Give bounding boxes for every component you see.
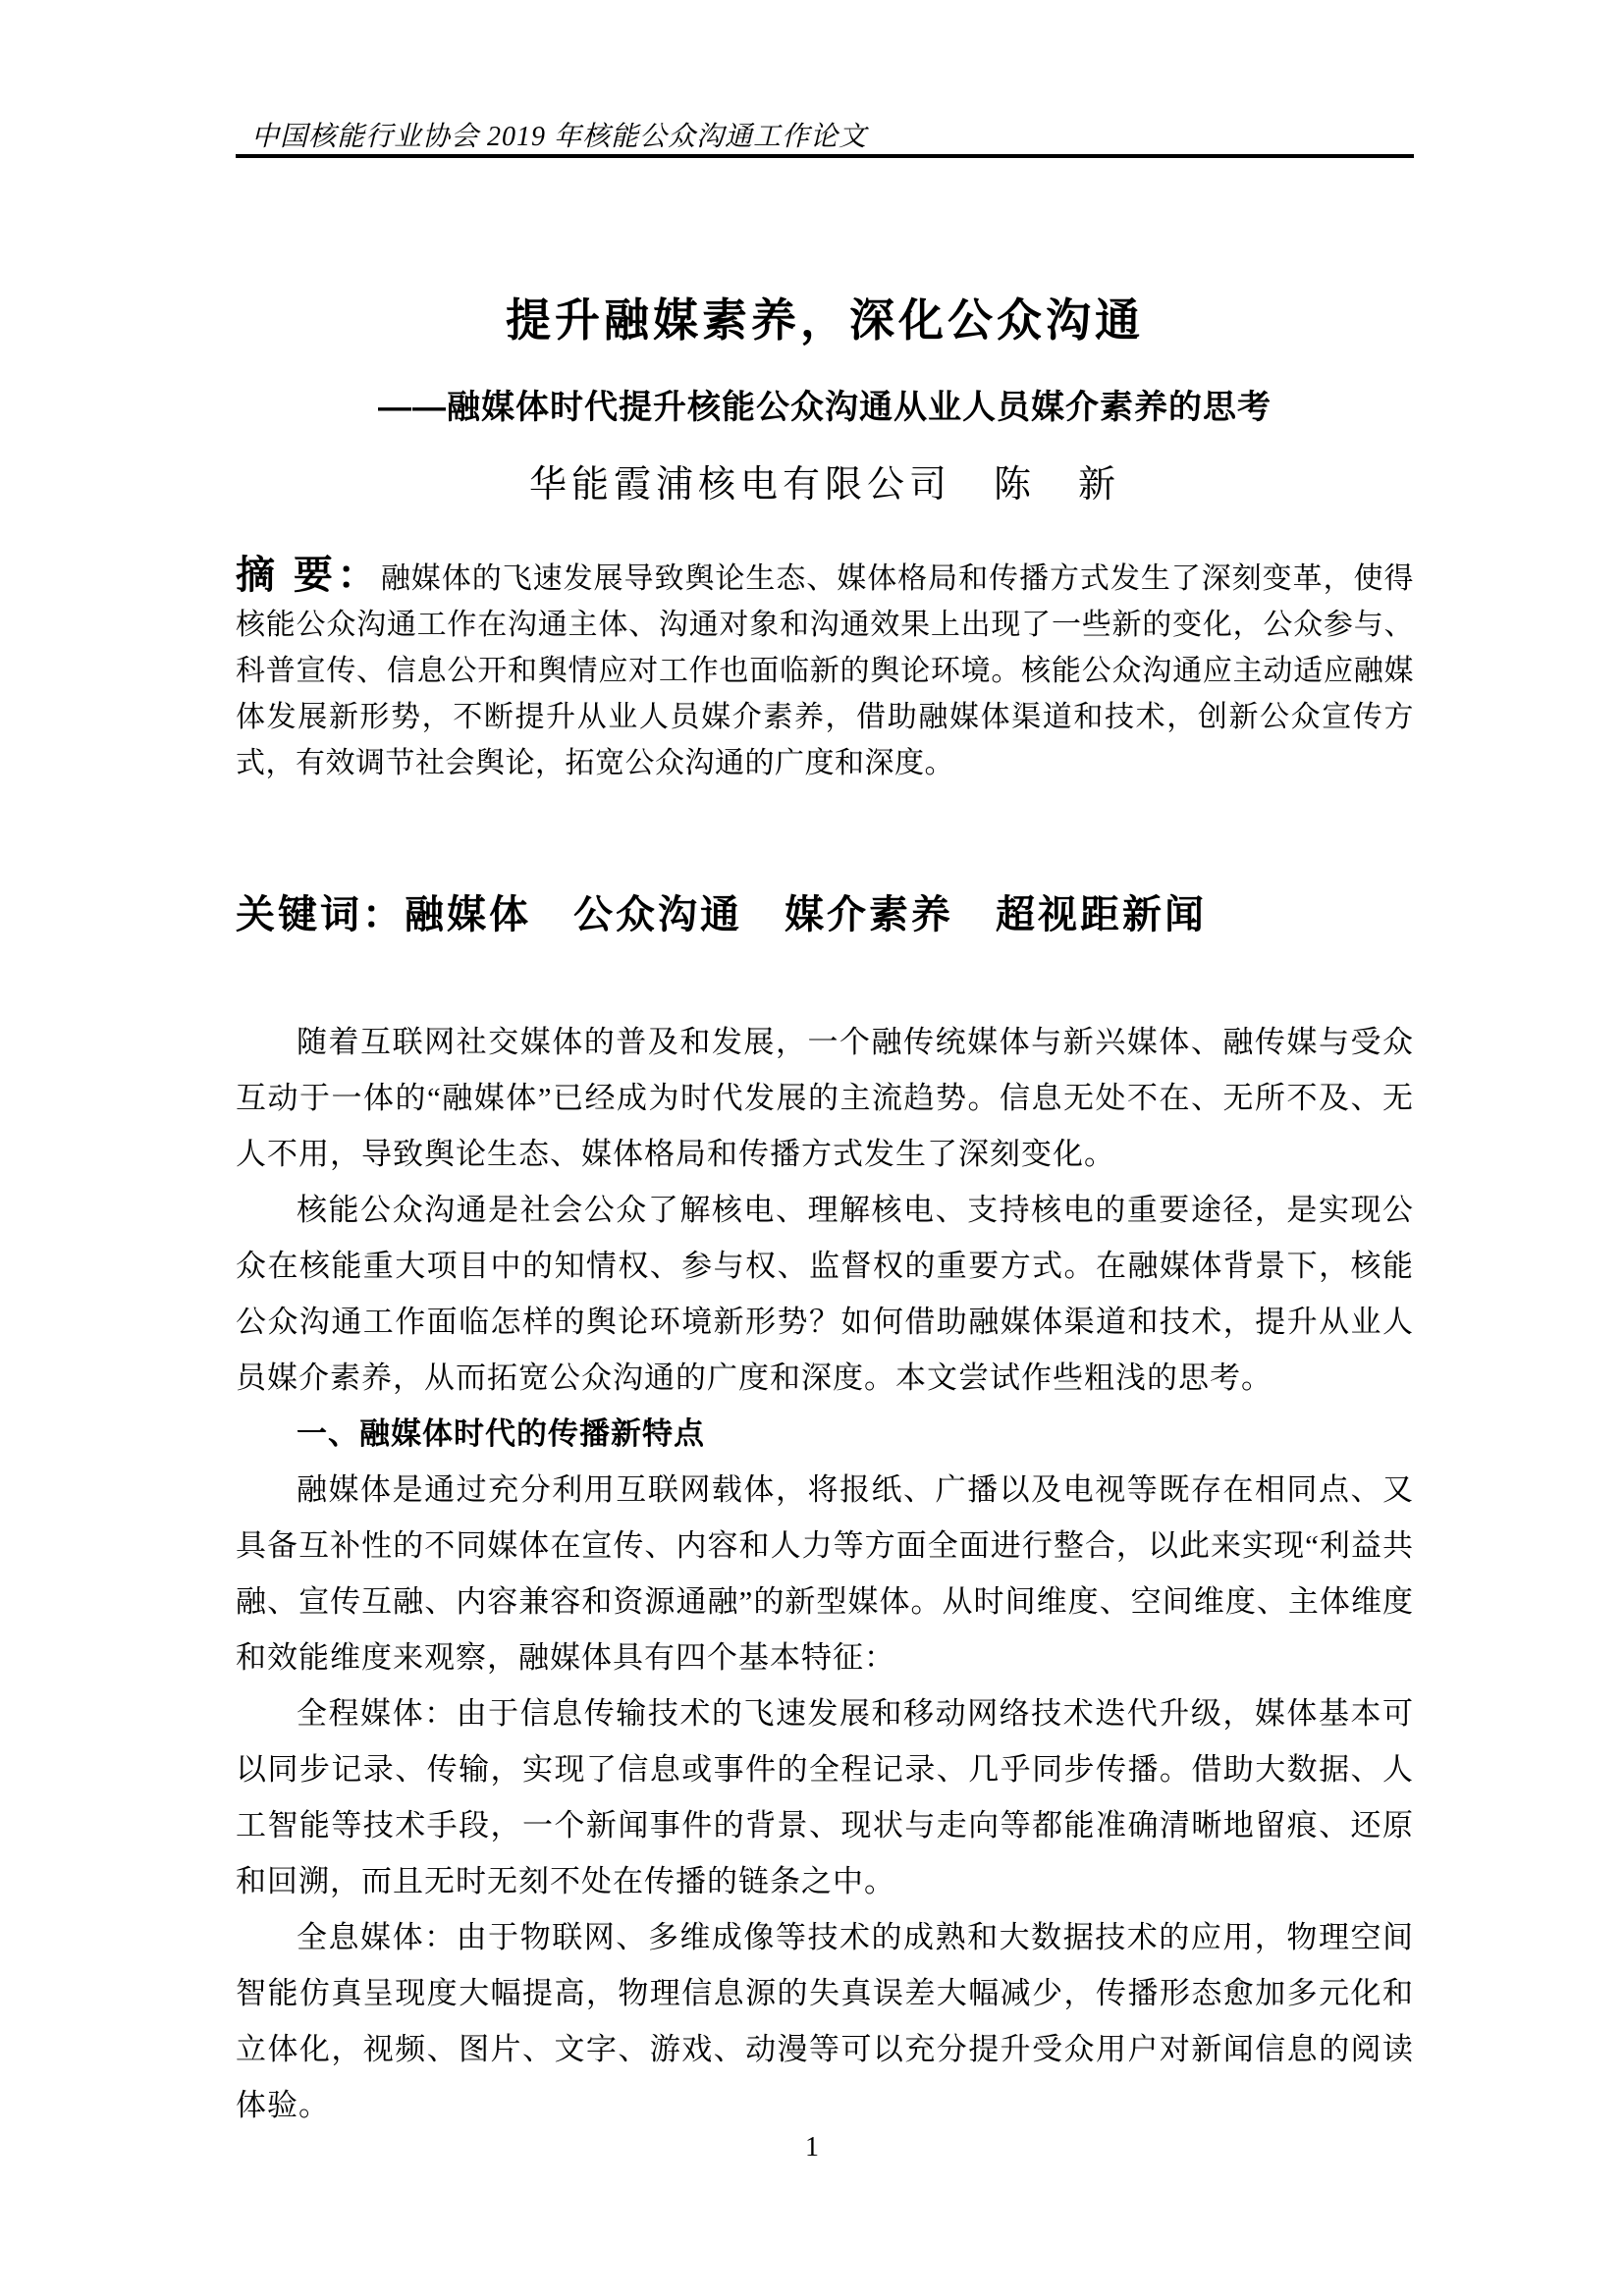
body-paragraph-5: 全息媒体：由于物联网、多维成像等技术的成熟和大数据技术的应用，物理空间智能仿真呈…	[236, 1909, 1414, 2133]
section-heading-1: 一、融媒体时代的传播新特点	[236, 1406, 1414, 1462]
author-line: 华能霞浦核电有限公司 陈 新	[236, 459, 1414, 510]
abstract-paragraph: 摘 要：融媒体的飞速发展导致舆论生态、媒体格局和传播方式发生了深刻变革，使得核能…	[236, 552, 1414, 786]
abstract-label: 摘 要：	[236, 553, 381, 597]
document-page: 中国核能行业协会 2019 年核能公众沟通工作论文 提升融媒素养，深化公众沟通 …	[0, 0, 1624, 2296]
body-paragraph-4: 全程媒体：由于信息传输技术的飞速发展和移动网络技术迭代升级，媒体基本可以同步记录…	[236, 1685, 1414, 1909]
body-paragraph-2: 核能公众沟通是社会公众了解核电、理解核电、支持核电的重要途径，是实现公众在核能重…	[236, 1182, 1414, 1406]
header-rule	[236, 154, 1414, 158]
page-number: 1	[0, 2126, 1624, 2169]
body-section: 随着互联网社交媒体的普及和发展，一个融传统媒体与新兴媒体、融传媒与受众互动于一体…	[236, 1014, 1414, 2133]
keywords-line: 关键词：融媒体 公众沟通 媒介素养 超视距新闻	[236, 885, 1414, 944]
paper-title: 提升融媒素养，深化公众沟通	[236, 293, 1414, 347]
body-paragraph-3: 融媒体是通过充分利用互联网载体，将报纸、广播以及电视等既存在相同点、又具备互补性…	[236, 1462, 1414, 1685]
body-paragraph-1: 随着互联网社交媒体的普及和发展，一个融传统媒体与新兴媒体、融传媒与受众互动于一体…	[236, 1014, 1414, 1182]
paper-subtitle: ——融媒体时代提升核能公众沟通从业人员媒介素养的思考	[236, 385, 1414, 430]
running-header: 中国核能行业协会 2019 年核能公众沟通工作论文	[251, 116, 1414, 159]
abstract-text: 融媒体的飞速发展导致舆论生态、媒体格局和传播方式发生了深刻变革，使得核能公众沟通…	[236, 562, 1414, 779]
